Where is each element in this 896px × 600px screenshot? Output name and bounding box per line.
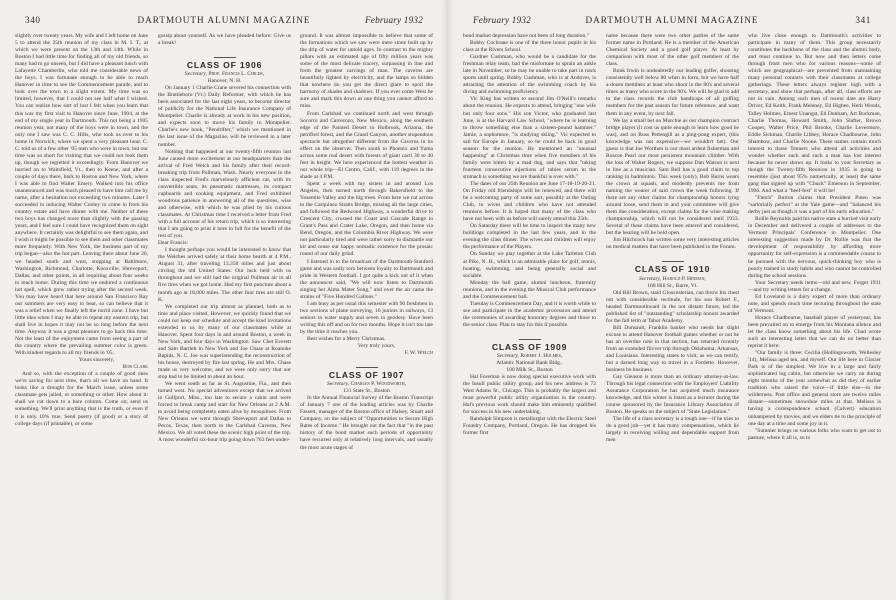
paragraph: Your Secretary needs items—old and new. … bbox=[748, 280, 881, 294]
section-divider bbox=[519, 339, 541, 340]
section-heading-1907: CLASS OF 1907 bbox=[300, 372, 433, 379]
paragraph: Bunk Irwin is undoubtedly our leading go… bbox=[606, 68, 739, 117]
secretary-line: Secretary, Prof. Francis L. Childs, bbox=[158, 71, 291, 78]
paragraph: Tuesday is Commencement Day, and it is w… bbox=[463, 301, 596, 329]
signature: F. W. Welch bbox=[300, 350, 433, 357]
paragraph: I am busy as per usual this semester wit… bbox=[300, 301, 433, 336]
paragraph: Bill Dunsault, Franklin banker who needs… bbox=[606, 325, 739, 374]
paragraph: slightly over twenty years. My wife and … bbox=[15, 33, 148, 357]
paragraph: Nothing that happened at our twenty-fift… bbox=[158, 149, 291, 241]
section-divider bbox=[662, 261, 684, 262]
paragraph: Gay Gleason is more than an ordinary att… bbox=[606, 374, 739, 416]
paragraph: We went south as far as St. Augustine, F… bbox=[158, 381, 291, 444]
paragraph: On Sunday we play together at the Lake T… bbox=[463, 251, 596, 279]
paragraph: name because there were two other partie… bbox=[606, 33, 739, 68]
paragraph: "Summer brings us various folks who want… bbox=[748, 428, 881, 442]
paragraph: Best wishes for a Merry Christmas. bbox=[300, 336, 433, 343]
column-2: gossip about yourself. As we have pleade… bbox=[158, 33, 291, 445]
column-1: slightly over twenty years. My wife and … bbox=[15, 33, 148, 428]
secretary-address-2: 100 Milk St., Boston bbox=[463, 367, 596, 374]
paragraph: gossip about yourself. As we have pleade… bbox=[158, 33, 291, 47]
paragraph: Monday the ball game, alumni luncheon, f… bbox=[463, 280, 596, 301]
paragraph: Ed Loveland is a dairy expert of more th… bbox=[748, 294, 881, 315]
paragraph: bond market depression have not been of … bbox=[463, 33, 596, 40]
paragraph: We lay a small bet on Murchie as our cha… bbox=[606, 118, 739, 238]
paragraph: On January 1 Charlie Crane severed his c… bbox=[158, 85, 291, 148]
paragraph: Horace Chadbourne, baseball player of ye… bbox=[748, 315, 881, 350]
section-divider bbox=[214, 57, 236, 58]
letter-closing: Very truly yours, bbox=[320, 343, 433, 350]
paragraph: Vic King has written to second Jim O'Nei… bbox=[463, 96, 596, 181]
secretary-label: Secretary, bbox=[497, 353, 519, 359]
paragraph: The dates of our 25th Reunion are June 1… bbox=[463, 181, 596, 223]
paragraph: I thought perhaps you would be intereste… bbox=[158, 247, 291, 303]
secretary-address-1: Atlantic National Bank Bldg., bbox=[463, 360, 596, 367]
letter-closing: Yours sincerely, bbox=[45, 357, 148, 364]
section-divider bbox=[356, 367, 378, 368]
column-1: bond market depression have not been of … bbox=[463, 33, 596, 437]
paragraph: "Our family is three: Cecilia (Hollingsw… bbox=[748, 350, 881, 428]
right-page: February 1932 DARTMOUTH ALUMNI MAGAZINE … bbox=[448, 0, 896, 600]
magazine-title: DARTMOUTH ALUMNI MAGAZINE bbox=[25, 15, 423, 25]
secretary-line: Secretary, Charles P. Woodworth, bbox=[300, 381, 433, 388]
running-head-left: 340 DARTMOUTH ALUMNI MAGAZINE February 1… bbox=[25, 14, 423, 26]
column-3: ground. It was almost impossible to beli… bbox=[300, 33, 433, 452]
secretary-name: Prof. Francis L. Childs, bbox=[208, 71, 264, 77]
paragraph: Jim Hitchcock has written some very inte… bbox=[606, 237, 739, 251]
secretary-label: Secretary, bbox=[639, 276, 661, 282]
secretary-name: Charles P. Woodworth, bbox=[351, 381, 407, 387]
paragraph: I listened in to the broadcast of the Da… bbox=[300, 259, 433, 301]
paragraph: Randolph Simpson is metallurgist with th… bbox=[463, 416, 596, 437]
secretary-address: Hanover, N. H. bbox=[158, 78, 291, 85]
paragraph: Bobby Cochrane is one of the three honor… bbox=[463, 40, 596, 54]
paragraph: Gardner Cushman, who would be a candidat… bbox=[463, 54, 596, 96]
paragraph: "Fletch" Burton claims that President Pi… bbox=[748, 195, 881, 216]
paragraph: From Carlsbad we continued north and wes… bbox=[300, 111, 433, 181]
section-heading-1906: CLASS OF 1906 bbox=[158, 62, 291, 69]
paragraph: Hal Foreman is now doing special executi… bbox=[463, 374, 596, 416]
column-3: who live close enough to Dartmouth's act… bbox=[748, 33, 881, 442]
secretary-address: 168 Hill St., Barre, Vt. bbox=[606, 283, 739, 290]
secretary-line: Secretary, Harold P. Hinman, bbox=[606, 276, 739, 283]
paragraph: ground. It was almost impossible to beli… bbox=[300, 33, 433, 111]
magazine-title: DARTMOUTH ALUMNI MAGAZINE bbox=[473, 15, 871, 25]
paragraph: And so, with the exception of a couple o… bbox=[15, 371, 148, 427]
secretary-name: Harold P. Hinman, bbox=[663, 276, 706, 282]
paragraph: Old Bill Brown, staid Gloucesterian, can… bbox=[606, 290, 739, 325]
section-heading-1909: CLASS OF 1909 bbox=[463, 344, 596, 351]
left-page: 340 DARTMOUTH ALUMNI MAGAZINE February 1… bbox=[0, 0, 448, 600]
secretary-label: Secretary, bbox=[185, 71, 207, 77]
paragraph: who live close enough to Dartmouth's act… bbox=[748, 33, 881, 195]
section-heading-1910: CLASS OF 1910 bbox=[606, 266, 739, 273]
paragraph: We completed our trip almost as planned,… bbox=[158, 304, 291, 382]
secretary-line: Secretary, Robert J. Holmes, bbox=[463, 353, 596, 360]
salutation: Dear Francis: bbox=[158, 240, 291, 247]
paragraph: In the Annual Financial Survey of the Bo… bbox=[300, 395, 433, 451]
running-head-right: February 1932 DARTMOUTH ALUMNI MAGAZINE … bbox=[473, 14, 871, 26]
secretary-name: Robert J. Holmes, bbox=[520, 353, 562, 359]
column-2: name because there were two other partie… bbox=[606, 33, 739, 445]
paragraph: Spent a week with my sisters in and arou… bbox=[300, 181, 433, 259]
paragraph: Rollie Reynolds paid his native state a … bbox=[748, 216, 881, 279]
secretary-label: Secretary, bbox=[327, 381, 349, 387]
paragraph: On Saturday there will be time to inspec… bbox=[463, 223, 596, 251]
paragraph: The life of a class secretary is a tough… bbox=[606, 416, 739, 444]
